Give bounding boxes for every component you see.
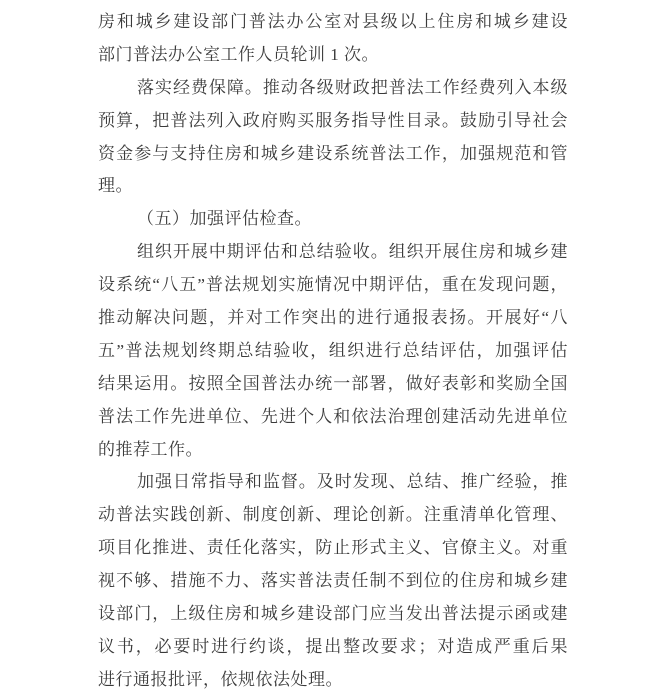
text-line: 房和城乡建设部门普法办公室对县级以上住房和城乡建设	[98, 6, 568, 39]
text-line: 推动解决问题，并对工作突出的进行通报表扬。开展好“八	[98, 302, 568, 335]
section-heading: （五）加强评估检查。	[98, 203, 568, 236]
text-line: 设部门，上级住房和城乡建设部门应当发出普法提示函或建	[98, 598, 568, 631]
text-line: 落实经费保障。推动各级财政把普法工作经费列入本级	[98, 72, 568, 105]
text-line: 加强日常指导和监督。及时发现、总结、推广经验，推	[98, 466, 568, 499]
text-line: 项目化推进、责任化落实，防止形式主义、官僚主义。对重	[98, 532, 568, 565]
text-line: 设系统“八五”普法规划实施情况中期评估，重在发现问题，	[98, 269, 568, 302]
text-line: 结果运用。按照全国普法办统一部署，做好表彰和奖励全国	[98, 368, 568, 401]
text-line: 动普法实践创新、制度创新、理论创新。注重清单化管理、	[98, 499, 568, 532]
text-line: 组织开展中期评估和总结验收。组织开展住房和城乡建	[98, 236, 568, 269]
text-line: 的推荐工作。	[98, 434, 568, 467]
text-line: 进行通报批评，依规依法处理。	[98, 664, 568, 697]
text-line: 预算，把普法列入政府购买服务指导性目录。鼓励引导社会	[98, 105, 568, 138]
text-line: 资金参与支持住房和城乡建设系统普法工作，加强规范和管	[98, 138, 568, 171]
document-page: 房和城乡建设部门普法办公室对县级以上住房和城乡建设 部门普法办公室工作人员轮训 …	[0, 0, 665, 700]
text-line: 五”普法规划终期总结验收，组织进行总结评估，加强评估	[98, 335, 568, 368]
text-line: 普法工作先进单位、先进个人和依法治理创建活动先进单位	[98, 401, 568, 434]
text-line: 理。	[98, 170, 568, 203]
text-line: 视不够、措施不力、落实普法责任制不到位的住房和城乡建	[98, 565, 568, 598]
text-line: 议书，必要时进行约谈，提出整改要求；对造成严重后果的，	[98, 631, 568, 664]
text-line: 部门普法办公室工作人员轮训 1 次。	[98, 39, 568, 72]
